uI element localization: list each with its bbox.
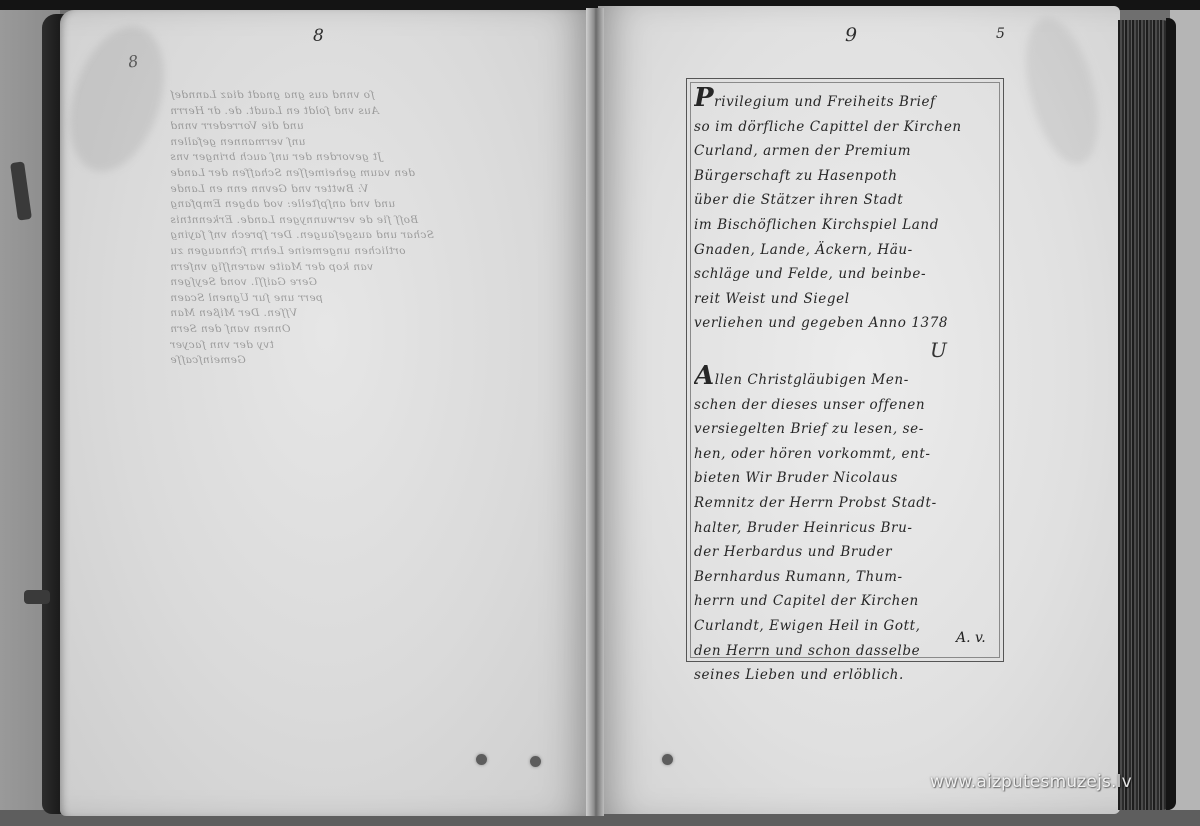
- manuscript-line: hen, oder hören vorkommt, ent-: [694, 442, 998, 467]
- manuscript-line: versiegelten Brief zu lesen, se-: [694, 417, 998, 442]
- left-page-number: 8: [313, 26, 324, 46]
- book-cover-right: [1166, 18, 1176, 810]
- manuscript-line: verliehen und gegeben Anno 1378: [694, 311, 998, 336]
- manuscript-line: ſo vnnd aus gna gnadt diaz Lanndeſ: [170, 88, 450, 104]
- book-gutter: [586, 8, 604, 816]
- decorated-initial: A: [694, 364, 715, 391]
- manuscript-line: V: Bwtter vnd Gevnn enn en Lande: [170, 182, 450, 198]
- manuscript-line: Gere Gaiſſl. vond Seyſgen: [170, 275, 450, 291]
- manuscript-line: ortlichen ungemeine Lehrn ſchnaugen zu: [170, 244, 450, 260]
- manuscript-line: und vnd anſpſtelle: vod abgen Empfang: [170, 197, 450, 213]
- manuscript-line: bieten Wir Bruder Nicolaus: [694, 466, 998, 491]
- leather-strap-bottom: [24, 590, 50, 604]
- manuscript-line: den vaum geheimeſſen Schaffen der Lande: [170, 166, 450, 182]
- watermark: www.aizputesmuzejs.lv: [930, 772, 1132, 792]
- manuscript-line: seines Lieben und erlöblich.: [694, 663, 998, 688]
- manuscript-line: van kop der Maite warenſſig vnſern: [170, 260, 450, 276]
- manuscript-line: Curland, armen der Premium: [694, 139, 998, 164]
- manuscript-line: Boſſ ſie de verwunnygen Lande. Erkenntni…: [170, 213, 450, 229]
- signature-mark: A. v.: [956, 630, 986, 646]
- worm-hole: [476, 754, 487, 765]
- manuscript-line: der Herbardus und Bruder: [694, 540, 998, 565]
- manuscript-line: schen der dieses unser offenen: [694, 393, 998, 418]
- manuscript-line: perr une ſur Ugnenl Scaen: [170, 291, 450, 307]
- manuscript-line: reit Weist und Siegel: [694, 287, 998, 312]
- manuscript-line: Curlandt, Ewigen Heil in Gott,: [694, 614, 998, 639]
- manuscript-line: Bernhardus Rumann, Thum-: [694, 565, 998, 590]
- manuscript-line: Gnaden, Lande, Äckern, Häu-: [694, 238, 998, 263]
- manuscript-line: tvy der vnn ſacyer: [170, 338, 450, 354]
- manuscript-line: schläge und Felde, und beinbe-: [694, 262, 998, 287]
- manuscript-line: Schar und ausgeſaugen. Der ſprech vnf ſa…: [170, 228, 450, 244]
- marginal-mark: U: [930, 338, 947, 362]
- manuscript-line: unſ vermannen gefallen: [170, 135, 450, 151]
- manuscript-line: über die Stätzer ihren Stadt: [694, 188, 998, 213]
- manuscript-line: Allen Christgläubigen Men-: [694, 364, 998, 393]
- manuscript-line: Aus vnd ſoldt en Laudt. de. dr Herrn: [170, 104, 450, 120]
- worm-hole: [530, 756, 541, 767]
- manuscript-line: im Bischöflichen Kirchspiel Land: [694, 213, 998, 238]
- decorated-initial: P: [694, 86, 714, 113]
- worm-hole: [662, 754, 673, 765]
- manuscript-line: Privilegium und Freiheits Brief: [694, 86, 998, 115]
- manuscript-line: Gemeinſcaſſe: [170, 353, 450, 369]
- manuscript-line: so im dörfliche Capittel der Kirchen: [694, 115, 998, 140]
- folio-number: 5: [996, 26, 1005, 42]
- manuscript-line: Vſſen. Der Mißen Man: [170, 306, 450, 322]
- bleed-through-text: ſo vnnd aus gna gnadt diaz LanndeſAus vn…: [170, 88, 450, 369]
- manuscript-line: Bürgerschaft zu Hasenpoth: [694, 164, 998, 189]
- manuscript-line: Remnitz der Herrn Probst Stadt-: [694, 491, 998, 516]
- manuscript-line: und die Vorrederr vnnd: [170, 119, 450, 135]
- entry-heading: Privilegium und Freiheits Briefso im dör…: [694, 86, 998, 336]
- right-page-number: 9: [845, 24, 857, 46]
- manuscript-line: halter, Bruder Heinricus Bru-: [694, 516, 998, 541]
- manuscript-line: herrn und Capitel der Kirchen: [694, 589, 998, 614]
- book-photo: 8 8 9 5 ſo vnnd aus gna gnadt diaz Lannd…: [0, 0, 1200, 826]
- manuscript-line: den Herrn und schon dasselbe: [694, 639, 998, 664]
- manuscript-line: Jt gevorden der unſ auch bringer vns: [170, 150, 450, 166]
- entry-body: Allen Christgläubigen Men-schen der dies…: [694, 364, 998, 688]
- manuscript-line: Onnen vanſ den Sern: [170, 322, 450, 338]
